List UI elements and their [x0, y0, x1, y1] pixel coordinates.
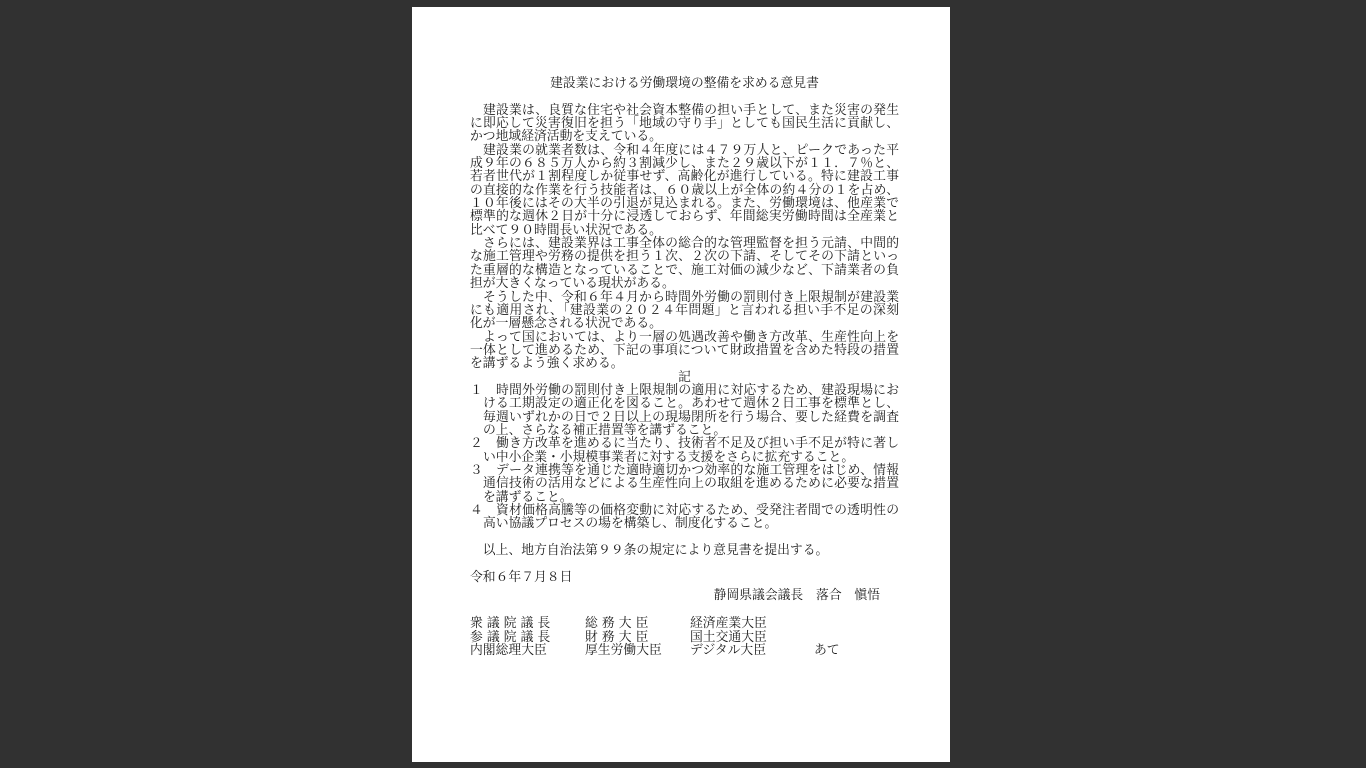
closing-statement: 以上、地方自治法第９９条の規定により意見書を提出する。 — [470, 544, 899, 557]
addressee-cell: 衆 議 院 議 長 — [470, 617, 585, 630]
addressee-row: 内閣総理大臣 厚生労働大臣 デジタル大臣 あて — [470, 644, 899, 657]
addressee-row: 衆 議 院 議 長 総 務 大 臣 経済産業大臣 — [470, 617, 899, 630]
list-item-1: １ 時間外労働の罰則付き上限規制の適用に対応するため、建設現場における工期設定の… — [470, 384, 899, 437]
document-page: 建設業における労働環境の整備を求める意見書 建設業は、良質な住宅や社会資本整備の… — [412, 7, 950, 762]
list-item-2: ２ 働き方改革を進めるに当たり、技術者不足及び担い手不足が特に著しい中小企業・小… — [470, 437, 899, 464]
paragraph-2: 建設業の就業者数は、令和４年度には４７９万人と、ピークであった平成９年の６８５万… — [470, 144, 899, 237]
record-marker: 記 — [470, 371, 899, 384]
document-date: 令和６年７月８日 — [470, 571, 899, 584]
document-content: 建設業における労働環境の整備を求める意見書 建設業は、良質な住宅や社会資本整備の… — [412, 7, 950, 657]
paragraph-3: さらには、建設業界は工事全体の総合的な管理監督を担う元請、中間的な施工管理や労務… — [470, 237, 899, 290]
list-item-3: ３ データ連携等を通じた適時適切かつ効率的な施工管理をはじめ、情報通信技術の活用… — [470, 464, 899, 504]
addressee-suffix: あて — [814, 644, 840, 657]
addressee-cell: 内閣総理大臣 — [470, 644, 585, 657]
addressee-cell: デジタル大臣 — [690, 644, 790, 657]
document-title: 建設業における労働環境の整備を求める意見書 — [470, 77, 899, 90]
paragraph-1: 建設業は、良質な住宅や社会資本整備の担い手として、また災害の発生に即応して災害復… — [470, 104, 899, 144]
paragraph-5: よって国においては、より一層の処遇改善や働き方改革、生産性向上を一体として進める… — [470, 331, 899, 371]
paragraph-4: そうした中、令和６年４月から時間外労働の罰則付き上限規制が建設業にも適用され、「… — [470, 291, 899, 331]
addressee-cell: 経済産業大臣 — [690, 617, 790, 630]
addressee-block: 衆 議 院 議 長 総 務 大 臣 経済産業大臣 参 議 院 議 長 財 務 大… — [470, 617, 899, 657]
list-item-4: ４ 資材価格高騰等の価格変動に対応するため、受発注者間での透明性の高い協議プロセ… — [470, 504, 899, 531]
signature: 静岡県議会議長 落合 愼悟 — [470, 589, 899, 602]
viewer-background: 建設業における労働環境の整備を求める意見書 建設業は、良質な住宅や社会資本整備の… — [0, 0, 1366, 768]
addressee-cell: 総 務 大 臣 — [585, 617, 690, 630]
addressee-cell: 厚生労働大臣 — [585, 644, 690, 657]
